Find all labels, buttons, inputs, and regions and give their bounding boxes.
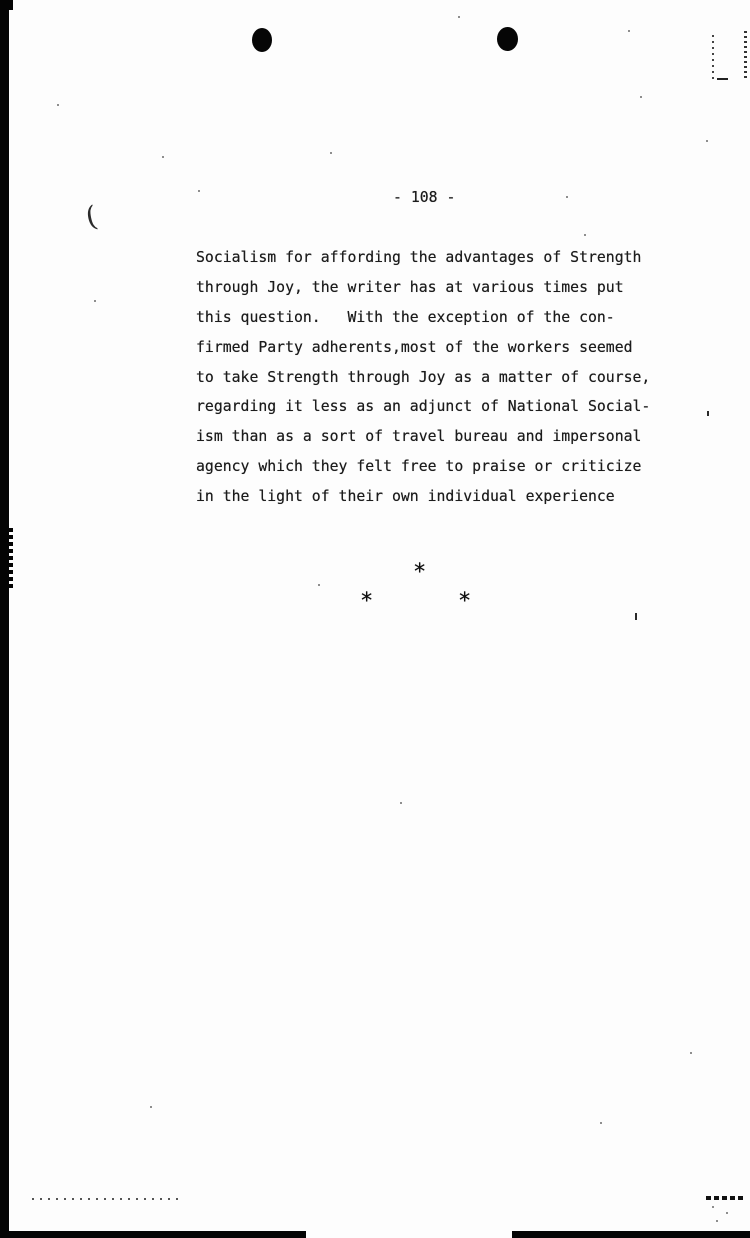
scan-noise-dot [712, 1206, 714, 1208]
scan-artifact-bottom-left-dots [32, 1198, 180, 1200]
hole-punch-left [252, 28, 272, 52]
scan-left-edge-jag [8, 528, 13, 590]
asterisk-separator: * [413, 566, 425, 580]
scan-artifact-top-right-dots [744, 31, 747, 79]
ink-tick [707, 411, 709, 416]
typed-line: Socialism for affording the advantages o… [196, 243, 676, 273]
scan-noise-dot [584, 234, 586, 236]
asterisk-separator: * [458, 595, 470, 609]
typed-line: regarding it less as an adjunct of Natio… [196, 392, 676, 422]
scan-noise-dot [566, 196, 568, 198]
typed-line: through Joy, the writer has at various t… [196, 273, 676, 303]
page-number: - 108 - [393, 189, 455, 206]
scan-left-edge-corner [0, 0, 13, 10]
scan-noise-dot [318, 584, 320, 586]
asterisk-separator: * [360, 595, 372, 609]
scan-noise-dot [600, 1122, 602, 1124]
typed-line: this question. With the exception of the… [196, 303, 676, 333]
scan-noise-dot [57, 104, 59, 106]
scan-noise-dot [458, 16, 460, 18]
scan-noise-dot [628, 30, 630, 32]
typed-line: agency which they felt free to praise or… [196, 452, 676, 482]
handwritten-paren-mark: ( [83, 201, 100, 233]
typed-line: to take Strength through Joy as a matter… [196, 363, 676, 393]
scan-noise-dot [162, 156, 164, 158]
scan-noise-dot [640, 96, 642, 98]
typed-line: ism than as a sort of travel bureau and … [196, 422, 676, 452]
scan-bottom-edge-left [5, 1231, 306, 1238]
scan-noise-dot [198, 190, 200, 192]
scan-noise-dot [400, 802, 402, 804]
scan-left-edge [0, 0, 9, 1238]
scan-noise-dot [94, 300, 96, 302]
scan-bottom-edge-right [512, 1231, 750, 1238]
scan-noise-dot [690, 1052, 692, 1054]
scan-noise-dot [726, 1212, 728, 1214]
scan-noise-dot [150, 1106, 152, 1108]
hole-punch-right [497, 27, 518, 51]
scan-noise-dot [716, 1220, 718, 1222]
scan-noise-dot [706, 140, 708, 142]
scanned-document-page: { "document": { "page_number": "- 108 -"… [0, 0, 750, 1238]
scan-artifact-top-right-dots [712, 35, 714, 79]
typed-paragraph: Socialism for affording the advantages o… [196, 243, 676, 512]
ink-tick [635, 613, 637, 620]
scan-noise-dot [330, 152, 332, 154]
typed-line: firmed Party adherents,most of the worke… [196, 333, 676, 363]
scan-artifact-bottom-right-dash [706, 1196, 743, 1200]
scan-artifact-top-right-dash [717, 78, 728, 80]
typed-line: in the light of their own individual exp… [196, 482, 676, 512]
